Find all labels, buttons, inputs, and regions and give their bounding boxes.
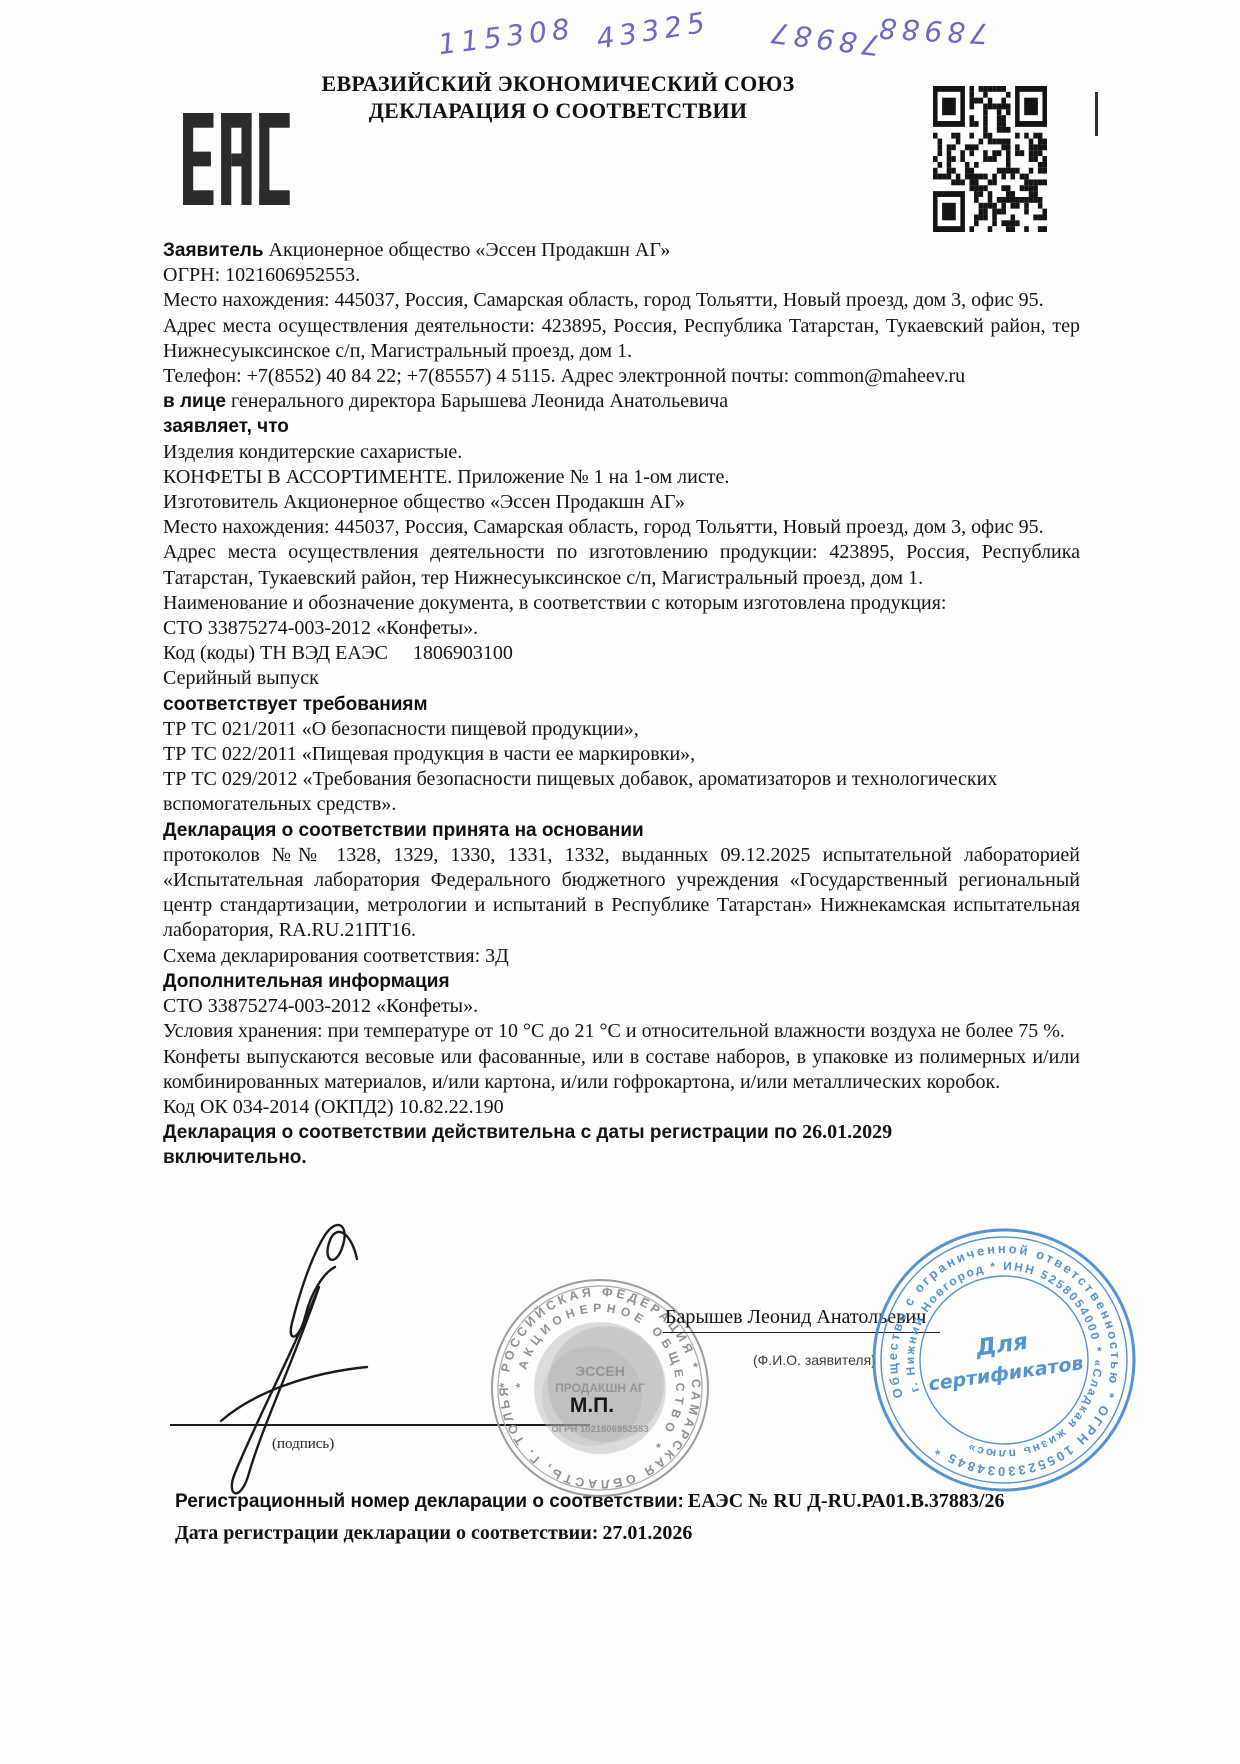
paragraph-additional: Дополнительная информация xyxy=(163,969,1080,994)
blue-stamp-inner-ring-text: г. Нижний Новгород * ИНН 5258054000 * «С… xyxy=(874,1230,1133,1489)
paragraph-scheme: Схема декларирования соответствия: 3Д xyxy=(163,944,1080,969)
scan-artifact-line xyxy=(1095,92,1098,136)
paragraph-basis: Декларация о соответствии принята на осн… xyxy=(163,818,1080,843)
paragraph-validity: Декларация о соответствии действительна … xyxy=(163,1120,1080,1170)
svg-text:г. Нижний Новгород * ИНН 52580: г. Нижний Новгород * ИНН 5258054000 * «С… xyxy=(874,1230,1133,1489)
paragraph-storage: Условия хранения: при температуре от 10 … xyxy=(163,1019,1080,1044)
paragraph-tnved: Код (коды) ТН ВЭД ЕАЭС 1806903100 xyxy=(163,641,1080,666)
union-title: ЕВРАЗИЙСКИЙ ЭКОНОМИЧЕСКИЙ СОЮЗ xyxy=(163,70,953,97)
handwritten-number-4: 78988 xyxy=(873,11,989,50)
paragraph-product-kind: Изделия кондитерские сахаристые. xyxy=(163,440,1080,465)
paragraph-tr2: ТР ТС 022/2011 «Пищевая продукция в част… xyxy=(163,742,1080,767)
paragraph-declares: заявляет, что xyxy=(163,414,1080,439)
paragraph-product-name: КОНФЕТЫ В АССОРТИМЕНТЕ. Приложение № 1 н… xyxy=(163,465,1080,490)
qr-code xyxy=(933,86,1047,232)
paragraph-ogrn: ОГРН: 1021606952553. xyxy=(163,263,1080,288)
declaration-body: Заявитель Акционерное общество «Эссен Пр… xyxy=(163,238,1080,1171)
paragraph-phone: Телефон: +7(8552) 40 84 22; +7(85557) 4 … xyxy=(163,364,1080,389)
paragraph-tr1: ТР ТС 021/2011 «О безопасности пищевой п… xyxy=(163,717,1080,742)
additional-label: Дополнительная информация xyxy=(163,971,450,992)
reg-date-label: Дата регистрации декларации о соответств… xyxy=(175,1522,598,1544)
paragraph-manufacturer: Изготовитель Акционерное общество «Эссен… xyxy=(163,490,1080,515)
paragraph-applicant: Заявитель Акционерное общество «Эссен Пр… xyxy=(163,238,1080,263)
paragraph-additional-sto: СТО 33875274-003-2012 «Конфеты». xyxy=(163,994,1080,1019)
eac-mark-icon xyxy=(183,113,291,205)
round-stamp-company-line1: ЭССЕН xyxy=(575,1363,625,1379)
validity-tail: включительно. xyxy=(163,1145,1080,1170)
paragraph-production-address: Адрес места осуществления деятельности п… xyxy=(163,540,1080,590)
handwritten-number-1: 115308 xyxy=(436,12,576,61)
paragraph-protocols: протоколов №№ 1328, 1329, 1330, 1331, 13… xyxy=(163,843,1080,944)
paragraph-in-person: в лице генерального директора Барышева Л… xyxy=(163,389,1080,414)
blue-stamp-center-line2: сертификатов xyxy=(927,1352,1085,1396)
paragraph-document-sto: СТО 33875274-003-2012 «Конфеты». xyxy=(163,616,1080,641)
blue-stamp-center-line1: Для xyxy=(973,1329,1029,1362)
round-stamp-company-line2: ПРОДАКШН АГ xyxy=(555,1381,645,1395)
certificates-blue-stamp: Общество с ограниченной ответственностью… xyxy=(827,1183,1181,1537)
stamp-mp-label: М.П. xyxy=(570,1394,614,1417)
paragraph-okpd: Код ОК 034-2014 (ОКПД2) 10.82.22.190 xyxy=(163,1095,1080,1120)
paragraph-document-intro: Наименование и обозначение документа, в … xyxy=(163,591,1080,616)
handwritten-number-2: 43325 xyxy=(594,5,712,55)
declares-label: заявляет, что xyxy=(163,416,289,437)
paragraph-location: Место нахождения: 445037, Россия, Самарс… xyxy=(163,288,1080,313)
handwritten-number-3: 78987 xyxy=(764,15,881,62)
complies-label: соответствует требованиям xyxy=(163,694,428,715)
paragraph-complies: соответствует требованиям xyxy=(163,692,1080,717)
paragraph-manufacturer-location: Место нахождения: 445037, Россия, Самарс… xyxy=(163,515,1080,540)
reg-date-value: 27.01.2026 xyxy=(602,1522,692,1544)
validity-lead: Декларация о соответствии действительна … xyxy=(163,1122,797,1143)
applicant-label: Заявитель xyxy=(163,240,264,261)
in-person-value: генерального директора Барышева Леонида … xyxy=(231,390,728,412)
svg-text:Общество с ограниченной ответс: Общество с ограниченной ответственностью… xyxy=(851,1207,1156,1512)
paragraph-activity-address: Адрес места осуществления деятельности: … xyxy=(163,314,1080,364)
signature-handwriting xyxy=(195,1215,395,1505)
applicant-value: Акционерное общество «Эссен Продакшн АГ» xyxy=(269,239,671,261)
paragraph-serial: Серийный выпуск xyxy=(163,666,1080,691)
validity-date: 26.01.2029 xyxy=(802,1121,892,1143)
paragraph-tr3: ТР ТС 029/2012 «Требования безопасности … xyxy=(163,767,1080,817)
round-stamp-ogrn: ОГРН 1021606952553 xyxy=(551,1424,648,1435)
blue-stamp-outer-ring-text: Общество с ограниченной ответственностью… xyxy=(851,1207,1156,1512)
in-person-label: в лице xyxy=(163,391,226,412)
registration-date-line: Дата регистрации декларации о соответств… xyxy=(175,1522,1135,1545)
basis-label: Декларация о соответствии принята на осн… xyxy=(163,820,644,841)
paragraph-packaging: Конфеты выпускаются весовые или фасованн… xyxy=(163,1045,1080,1095)
declaration-document-page: 115308 43325 78987 78988 ЕВРАЗИЙСКИЙ ЭКО… xyxy=(0,0,1240,1764)
